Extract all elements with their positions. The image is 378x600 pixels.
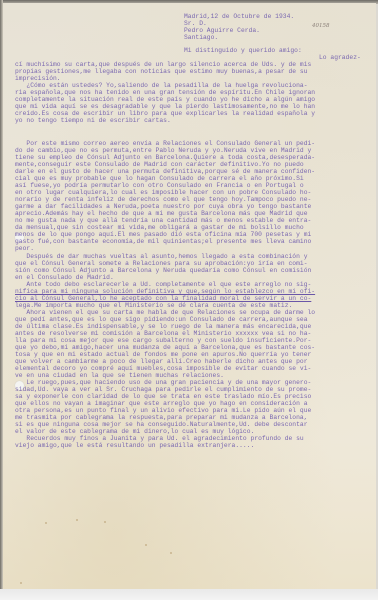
body-line: de última clase.Es indispensable,y se lo… [15, 323, 311, 330]
body-line: Ante todo debo esclarecerle a Ud. comple… [15, 281, 311, 288]
body-line: que yo debo,mi amigo,hacer una mudanza d… [15, 344, 315, 351]
recipient-title: Sr. D. [184, 20, 207, 27]
body-line: otra persona,es un punto final y un aliv… [15, 407, 311, 414]
archive-number: 40158 [312, 23, 330, 29]
body-line: lla para mi cosa mejor que ese cargo sub… [15, 337, 311, 344]
paper-stain [76, 519, 78, 521]
body-line: Lo agradez- [319, 54, 361, 61]
body-line: Ahora vienen el que su carta me habla de… [15, 309, 315, 316]
body-line: así fuese,yo podría permutarlo con otro … [15, 182, 304, 189]
body-line: viejo amigo,que le está resultando un pe… [15, 442, 254, 449]
body-line: que volver a cambiarme a poco de llegar … [15, 358, 308, 365]
salutation: Mi distinguido y querido amigo: [184, 47, 302, 54]
body-line: sión como Cónsul Adjunto a Barcelona y N… [15, 267, 311, 274]
scan-left-edge [0, 0, 3, 589]
body-line: completamente la situación real de este … [15, 96, 315, 103]
body-line: sa y exponerle con claridad de lo que se… [15, 393, 311, 400]
body-line: cial que es muy probable que lo hagan Co… [15, 175, 304, 182]
scan-bottom-strip [0, 589, 378, 600]
body-line: yo no tengo tiempo ni de escribir cartas… [15, 117, 171, 124]
body-line: propias gestiones,me llegaba con noticia… [15, 68, 308, 75]
body-line: sidad,Ud. vaya a ver al Sr. Cruchaga par… [15, 386, 311, 393]
recipient-city: Santiago. [184, 34, 218, 41]
body-line: imprecisión. [15, 75, 61, 82]
body-line: gasto fué,con bastante economía,de mil q… [15, 238, 311, 245]
body-line: tosa y que en mi estado actual de fondos… [15, 351, 311, 358]
body-line: aprecio.Además hay el hecho de que a mi … [15, 210, 308, 217]
body-line: ve en una ciudad en la que se tienen muc… [15, 372, 224, 379]
body-line: que pedí antes,que es lo que sigo pidien… [15, 316, 308, 323]
body-line: elemental decoro yo compré aquí muebles,… [15, 365, 311, 372]
body-line-underlined: nifica para mi ninguna solución definiti… [15, 288, 315, 295]
body-line: ¿Cómo están ustedes? Yo,saliendo de la p… [15, 82, 308, 89]
paper-stain [104, 521, 106, 523]
body-line: que mi vida aquí se es desagradable y qu… [15, 103, 315, 110]
paper-stain [170, 552, 172, 554]
body-line: mente,conseguir este Consulado de Madrid… [15, 161, 304, 168]
body-line: cí muchísimo su carta,que después de un … [15, 61, 311, 68]
body-line: do de cambio,que no es permuta,entre Pab… [15, 147, 311, 154]
body-line: ria española,que nos ha tenido en una gr… [15, 89, 315, 96]
body-line: si es que ninguna cosa mejor se ha conse… [15, 421, 308, 428]
place-date: Madrid,12 de Octubre de 1934. [184, 13, 294, 20]
body-line: darle en el gusto de hacer una permuta d… [15, 168, 315, 175]
body-line: Recuerdos muy finos a Juanita y para Ud.… [15, 435, 304, 442]
body-line: garme a dar facilidades a Neruda,poeta n… [15, 203, 311, 210]
body-line: Por este mismo correo aereo envía a Rela… [15, 140, 315, 147]
body-line: tiene su empleo de Cónsul Adjunto en Bar… [15, 154, 315, 161]
body-line: norario y de renta infeliz de derechos c… [15, 196, 311, 203]
body-line: no me gusta nada y que allá tendría una … [15, 217, 311, 224]
body-line: me trasmita por cablegrama la respuesta,… [15, 414, 308, 421]
paper-stain [45, 522, 47, 524]
body-line: el valor de este cablegrama de mi dinero… [15, 428, 254, 435]
body-line: peor. [15, 245, 34, 252]
body-line: Le ruego,pues,que haciendo uso de una gr… [15, 379, 311, 386]
paper-stain [145, 544, 147, 546]
body-line: que ellos no vayan a imaginar que este a… [15, 400, 308, 407]
body-line: menos de lo que pongo aquí.El mes pasado… [15, 231, 311, 238]
body-line: da mensual,que sin costear mi vida,me ob… [15, 224, 304, 231]
body-line: Después de dar muchas vueltas al asunto,… [15, 253, 308, 260]
body-line: creído.Es cosa de escribir un libro para… [15, 110, 315, 117]
body-line: antes de resolverse mi comisión a Barcel… [15, 330, 311, 337]
body-line-underlined: cio al Cónsul General,lo he aceptado con… [15, 295, 311, 302]
body-line: en el Consulado de Madrid. [15, 274, 114, 281]
body-line: en otro lugar cualquiera,lo cual es impo… [15, 189, 311, 196]
paper-stain [20, 582, 22, 584]
body-line: lega.Me importa mucho que el Ministerio … [15, 302, 292, 309]
recipient-name: Pedro Aguirre Cerda. [184, 27, 260, 34]
body-line: que el Cónsul General somete a Relacione… [15, 260, 308, 267]
